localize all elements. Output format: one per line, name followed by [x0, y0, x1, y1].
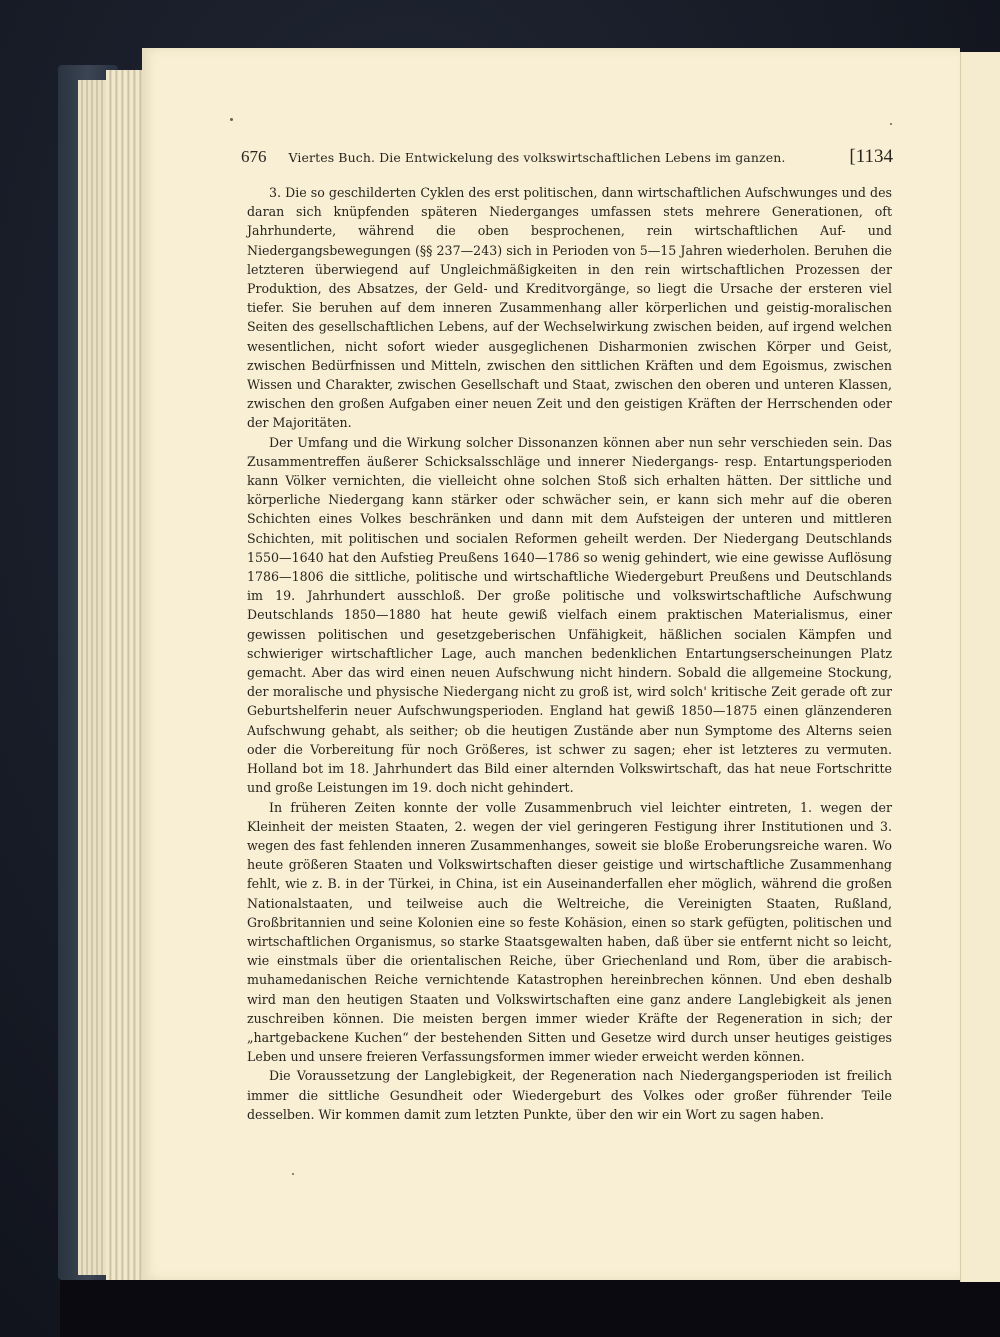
body-text: 3. Die so geschilderten Cyklen des erst … [247, 183, 892, 1124]
running-title: Viertes Buch. Die Entwickelung des volks… [289, 150, 850, 165]
page-stack-edges [106, 70, 144, 1280]
paragraph-3: In früheren Zeiten konnte der volle Zusa… [247, 798, 892, 1067]
bottom-shadow [60, 1275, 1000, 1337]
facing-page-edge [960, 52, 1000, 1282]
marginal-number: [1134 [849, 146, 893, 168]
page-number: 676 [241, 147, 267, 167]
running-head: 676 Viertes Buch. Die Entwickelung des v… [241, 146, 893, 170]
paper-speck [230, 118, 233, 121]
paragraph-4: Die Voraussetzung der Langlebigkeit, der… [247, 1066, 892, 1124]
paragraph-1: 3. Die so geschilderten Cyklen des erst … [247, 183, 892, 433]
paper-speck [292, 1173, 294, 1175]
paper-speck [890, 123, 892, 125]
paragraph-2: Der Umfang und die Wirkung solcher Disso… [247, 433, 892, 798]
